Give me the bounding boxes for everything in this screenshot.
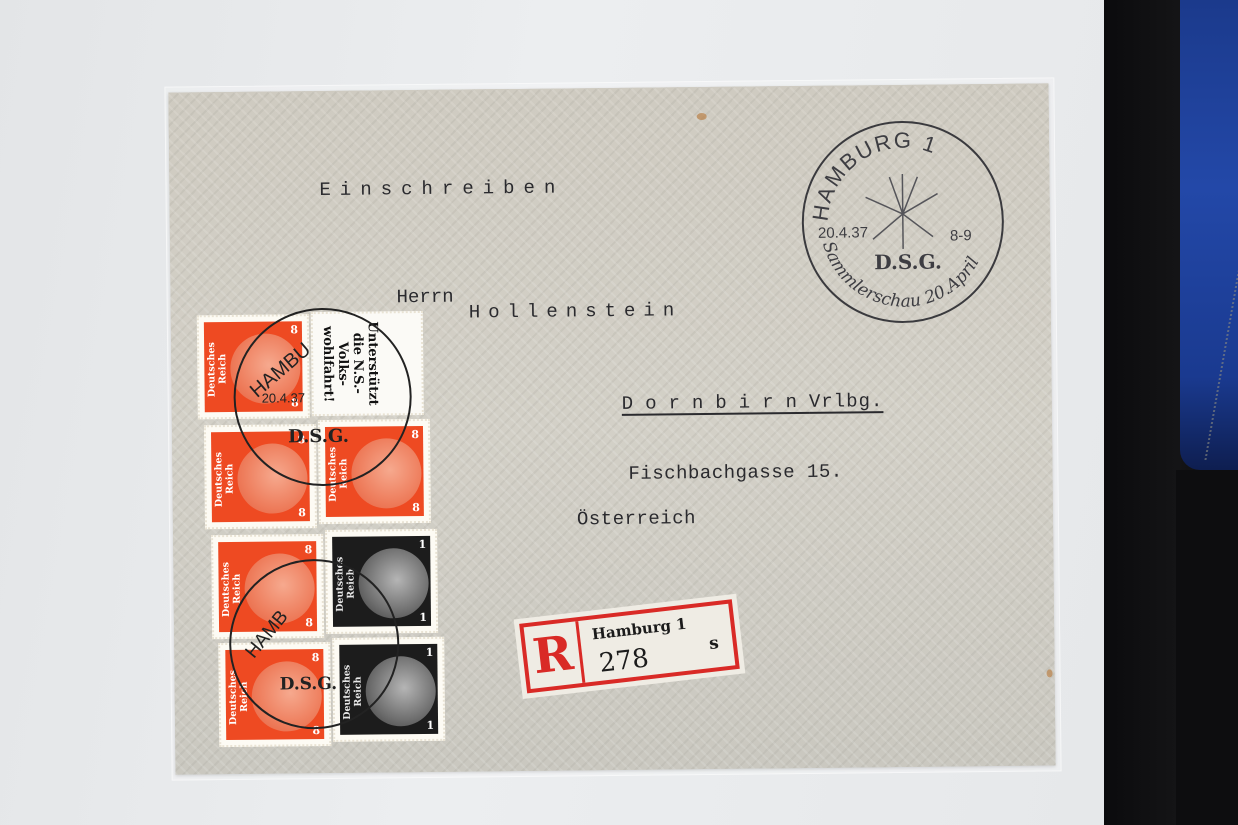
registration-office: Hamburg 1 [591,615,688,644]
slogan-label-text: Unterstützt die N.S.-Volks-wohlfahrt! [319,319,380,408]
city-region: Vrlbg. [809,390,884,413]
addressee-street: Fischbachgasse 15. [628,461,842,485]
slogan-label: Unterstützt die N.S.-Volks-wohlfahrt! [311,311,424,416]
city-name: Dornbirn [622,391,809,415]
stamp-value: 1 [426,719,434,732]
stamp-value: 8 [297,433,305,446]
stamp-value: 8 [312,651,320,664]
stamp-value: 8 [298,506,306,519]
addressee-country: Österreich [577,507,696,530]
postmark-graphic: HAMBURG 1 20.4.37 8-9 D.S.G. Sammlerscha… [797,118,1009,326]
stamp-8pf-red: Deutsches Reich 8 8 [211,534,324,639]
hindenburg-portrait-icon [237,443,308,514]
stamp-1pf-black: Deutsches Reich 1 1 [332,637,445,742]
stamp-value: 8 [291,396,299,409]
stamp-inscription: Deutsches Reich [327,435,346,513]
stamp-8pf-red: Deutsches Reich 8 8 [204,424,317,529]
addressee-name: Hollenstein [469,299,683,323]
stamp-8pf-red: Deutsches Reich 8 8 [218,642,331,747]
addressee-city: DornbirnVrlbg. [622,390,884,415]
stamp-block: Deutsches Reich 8 8 Unterstützt die N.S.… [191,304,486,752]
postmark-initials: D.S.G. [874,250,942,275]
stamp-value: 8 [290,323,298,336]
registration-letter: R [524,621,586,689]
foxing-spot [1047,669,1053,677]
foxing-spot [697,113,707,120]
stamp-value: 1 [419,611,427,624]
stamp-inscription: Deutsches Reich [341,653,360,731]
postmark-city: HAMBURG 1 [806,127,941,222]
stamp-8pf-red: Deutsches Reich 8 8 [197,314,310,419]
registration-label: R Hamburg 1 278 s [514,594,746,699]
hindenburg-portrait-icon [365,656,436,727]
postmark-date: 20.4.37 [818,224,868,242]
hindenburg-portrait-icon [244,553,315,624]
registration-number: 278 [598,643,651,679]
hindenburg-portrait-icon [358,548,429,619]
stamp-value: 1 [418,538,426,551]
stamp-1pf-black: Deutsches Reich 1 1 [325,529,438,634]
registration-suffix: s [708,633,720,654]
hindenburg-portrait-icon [351,438,422,509]
binder-lower-panel [1176,470,1238,825]
stamp-inscription: Deutsches Reich [206,330,225,408]
envelope-cover: Einschreiben Herrn Hollenstein DornbirnV… [168,83,1055,774]
stamp-value: 8 [305,616,313,629]
stamp-inscription: Deutsches Reich [227,658,246,736]
stamp-inscription: Deutsches Reich [213,440,232,518]
registered-marking-text: Einschreiben [319,176,564,201]
stamp-inscription: Deutsches Reich [334,545,353,623]
hindenburg-portrait-icon [251,661,322,732]
stamp-value: 1 [426,646,434,659]
postmark-time: 8-9 [950,227,972,244]
stamp-value: 8 [411,428,419,441]
stamp-value: 8 [305,543,313,556]
hindenburg-portrait-icon [230,333,301,404]
svg-text:HAMBURG 1: HAMBURG 1 [806,127,941,222]
stamp-value: 8 [412,501,420,514]
edelweiss-icon [865,174,938,250]
stamp-inscription: Deutsches Reich [220,550,239,628]
hamburg-postmark: HAMBURG 1 20.4.37 8-9 D.S.G. Sammlerscha… [797,118,1009,326]
stamp-value: 8 [312,724,320,737]
stamp-8pf-red: Deutsches Reich 8 8 [318,419,431,524]
